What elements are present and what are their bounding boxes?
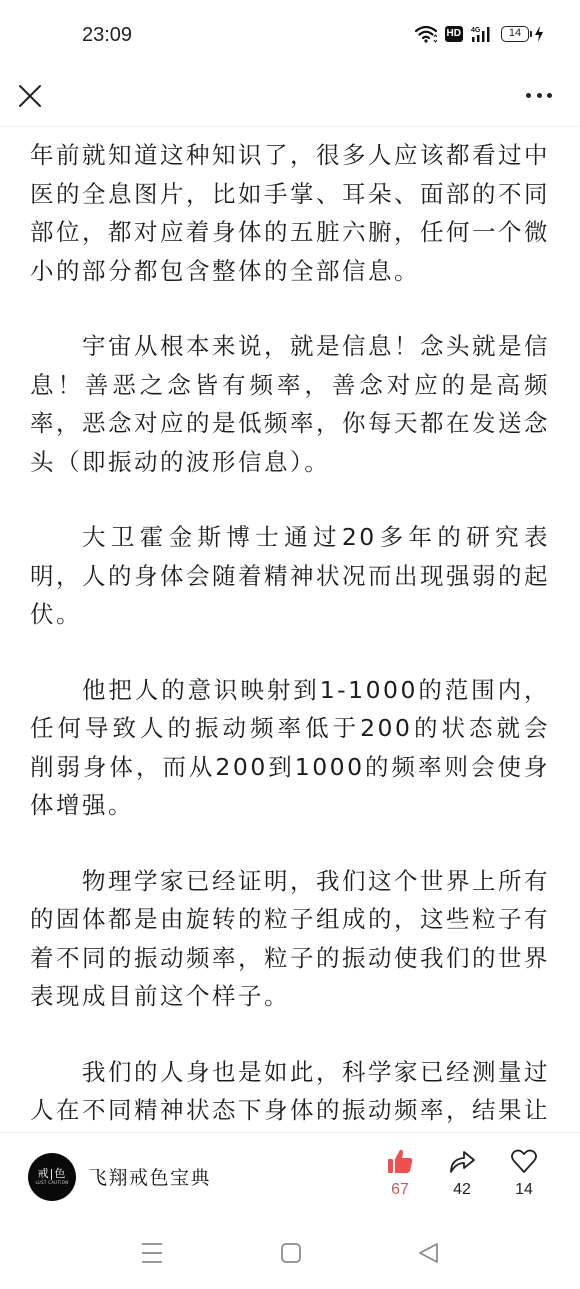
hd-badge: HD bbox=[445, 26, 463, 42]
heart-icon bbox=[510, 1147, 538, 1175]
status-bar: 23:09 HD 4G 14 bbox=[0, 0, 580, 72]
article-paragraph: 他把人的意识映射到1-1000的范围内，任何导致人的振动频率低于200的状态就会… bbox=[30, 671, 550, 825]
favorite-count: 14 bbox=[504, 1181, 544, 1199]
avatar-text: 戒|色 bbox=[38, 1168, 67, 1180]
share-button[interactable]: 42 bbox=[442, 1147, 482, 1199]
system-navigation-bar bbox=[0, 1214, 580, 1289]
share-count: 42 bbox=[442, 1181, 482, 1199]
article-paragraph: 年前就知道这种知识了，很多人应该都看过中医的全息图片，比如手掌、耳朵、面部的不同… bbox=[30, 136, 550, 290]
recent-apps-button[interactable] bbox=[141, 1242, 163, 1268]
more-dot-icon bbox=[547, 93, 552, 98]
cellular-signal-icon: 4G bbox=[471, 25, 493, 43]
author-name[interactable]: 飞翔戒色宝典 bbox=[88, 1163, 211, 1190]
battery-level: 14 bbox=[501, 26, 529, 42]
close-button[interactable] bbox=[16, 82, 44, 110]
article-paragraph: 我们的人身也是如此，科学家已经测量过人在不同精神状态下身体的振动频率，结果让人大… bbox=[30, 1053, 550, 1133]
article-paragraph: 大卫霍金斯博士通过20多年的研究表明，人的身体会随着精神状况而出现强弱的起伏。 bbox=[30, 518, 550, 634]
article-paragraph: 宇宙从根本来说，就是信息！念头就是信息！善恶之念皆有频率，善念对应的是高频率，恶… bbox=[30, 327, 550, 481]
home-button[interactable] bbox=[280, 1242, 302, 1268]
author-action-bar: 戒|色 LUST CAUTION 飞翔戒色宝典 67 42 14 bbox=[0, 1132, 580, 1214]
wifi-icon bbox=[415, 25, 437, 43]
avatar-subtext: LUST CAUTION bbox=[35, 1180, 68, 1186]
share-arrow-icon bbox=[448, 1147, 476, 1175]
favorite-button[interactable]: 14 bbox=[504, 1147, 544, 1199]
battery-tip bbox=[530, 31, 532, 37]
author-avatar[interactable]: 戒|色 LUST CAUTION bbox=[28, 1153, 76, 1201]
status-time: 23:09 bbox=[82, 24, 132, 47]
like-count: 67 bbox=[380, 1181, 420, 1199]
top-nav-bar bbox=[0, 72, 580, 127]
menu-icon bbox=[141, 1242, 163, 1264]
close-icon bbox=[16, 82, 44, 110]
thumbs-up-icon bbox=[386, 1147, 414, 1175]
more-dot-icon bbox=[537, 93, 542, 98]
battery-indicator: 14 bbox=[501, 25, 544, 43]
article-body[interactable]: 年前就知道这种知识了，很多人应该都看过中医的全息图片，比如手掌、耳朵、面部的不同… bbox=[0, 128, 580, 1132]
more-dot-icon bbox=[526, 93, 531, 98]
like-button[interactable]: 67 bbox=[380, 1147, 420, 1199]
back-icon bbox=[418, 1242, 440, 1264]
article-paragraph: 物理学家已经证明，我们这个世界上所有的固体都是由旋转的粒子组成的，这些粒子有着不… bbox=[30, 862, 550, 1016]
home-icon bbox=[280, 1242, 302, 1264]
svg-text:4G: 4G bbox=[471, 27, 481, 34]
back-button[interactable] bbox=[418, 1242, 440, 1268]
charging-icon bbox=[534, 25, 544, 43]
more-options-button[interactable] bbox=[526, 90, 552, 100]
status-icons: HD 4G 14 bbox=[415, 25, 544, 43]
